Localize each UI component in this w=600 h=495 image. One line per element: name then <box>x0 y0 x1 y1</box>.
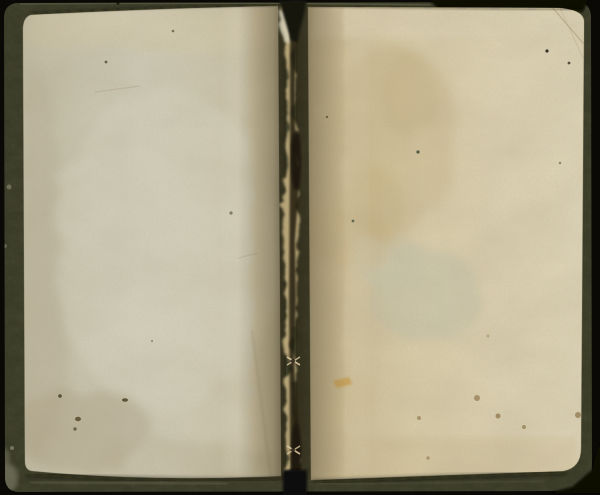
foxing-spot <box>522 425 526 429</box>
gutter-bottom-notch <box>283 470 307 495</box>
gutter-shadow-left <box>238 4 286 480</box>
speck <box>568 62 571 65</box>
speck <box>172 30 175 33</box>
book-photo <box>0 0 600 495</box>
foxing-spot <box>496 414 501 419</box>
stitch-knot <box>291 359 295 363</box>
speck <box>352 220 355 223</box>
speck <box>75 417 81 421</box>
spine-gutter <box>238 0 346 495</box>
cover-worn-spot <box>10 446 14 450</box>
foxing-spot <box>426 456 429 459</box>
speck <box>151 340 153 342</box>
right-page-grain-texture <box>306 4 586 482</box>
speck <box>559 162 561 164</box>
speck <box>229 211 232 214</box>
speck <box>58 394 62 398</box>
photo-of-open-antique-book <box>0 0 600 495</box>
stitch-knot <box>291 448 295 452</box>
speck <box>105 61 108 64</box>
foxing-spot <box>575 412 581 418</box>
speck <box>73 427 76 430</box>
cover-worn-spot <box>7 185 12 190</box>
foxing-spot <box>474 395 480 401</box>
speck <box>416 150 419 153</box>
speck <box>545 49 548 52</box>
gutter-dark-gap <box>291 130 301 190</box>
speck <box>122 398 128 402</box>
foxing-spot <box>417 416 421 420</box>
gutter-shadow-right <box>296 4 346 480</box>
right-page <box>306 4 589 482</box>
foxing-spot <box>487 335 490 338</box>
